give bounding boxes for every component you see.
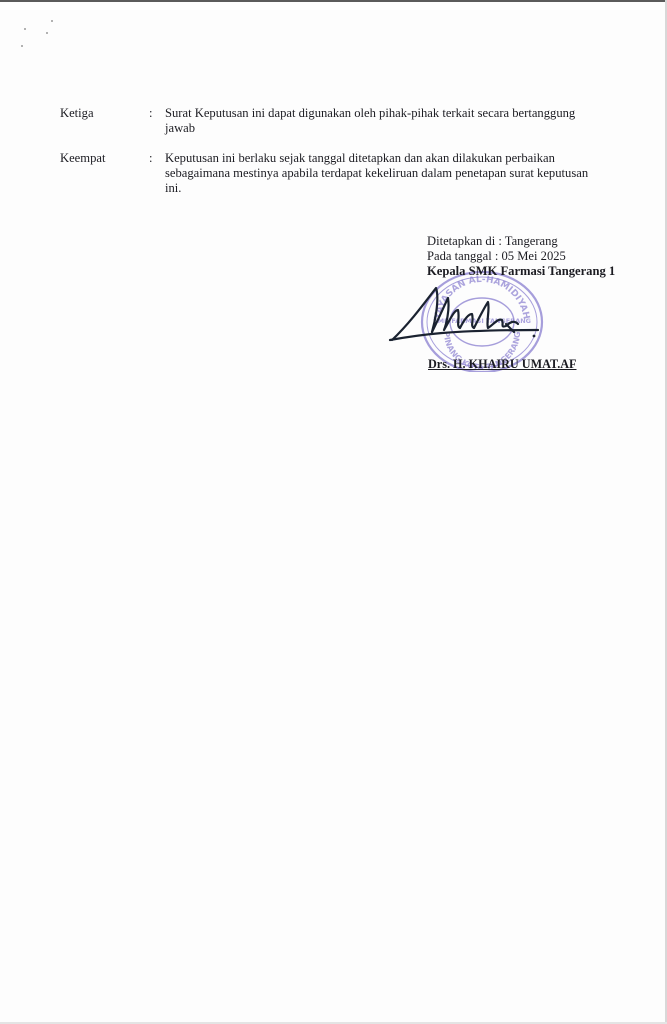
scan-top-edge	[0, 0, 667, 2]
clause-line: ini.	[165, 181, 605, 196]
clause-label: Ketiga	[60, 106, 148, 121]
clause-line: jawab	[165, 121, 605, 136]
signer-name: Drs. H. KHAIRU UMAT.AF	[428, 357, 577, 372]
scan-speck	[46, 32, 48, 34]
signature-block: Ditetapkan di : Tangerang Pada tanggal :…	[427, 234, 615, 279]
clause-line: Keputusan ini berlaku sejak tanggal dite…	[165, 151, 605, 166]
position-title: Kepala SMK Farmasi Tangerang 1	[427, 264, 615, 279]
scan-speck	[51, 20, 53, 22]
clause-text: Surat Keputusan ini dapat digunakan oleh…	[165, 106, 605, 136]
place-line: Ditetapkan di : Tangerang	[427, 234, 615, 249]
scan-speck	[24, 28, 26, 30]
clause-line: sebagaimana mestinya apabila terdapat ke…	[165, 166, 605, 181]
clause-text: Keputusan ini berlaku sejak tanggal dite…	[165, 151, 605, 196]
clause-line: Surat Keputusan ini dapat digunakan oleh…	[165, 106, 605, 121]
handwritten-signature	[388, 280, 548, 348]
clause-colon: :	[149, 151, 153, 166]
clause-label: Keempat	[60, 151, 148, 166]
date-line: Pada tanggal : 05 Mei 2025	[427, 249, 615, 264]
clause-colon: :	[149, 106, 153, 121]
scan-speck	[21, 45, 23, 47]
